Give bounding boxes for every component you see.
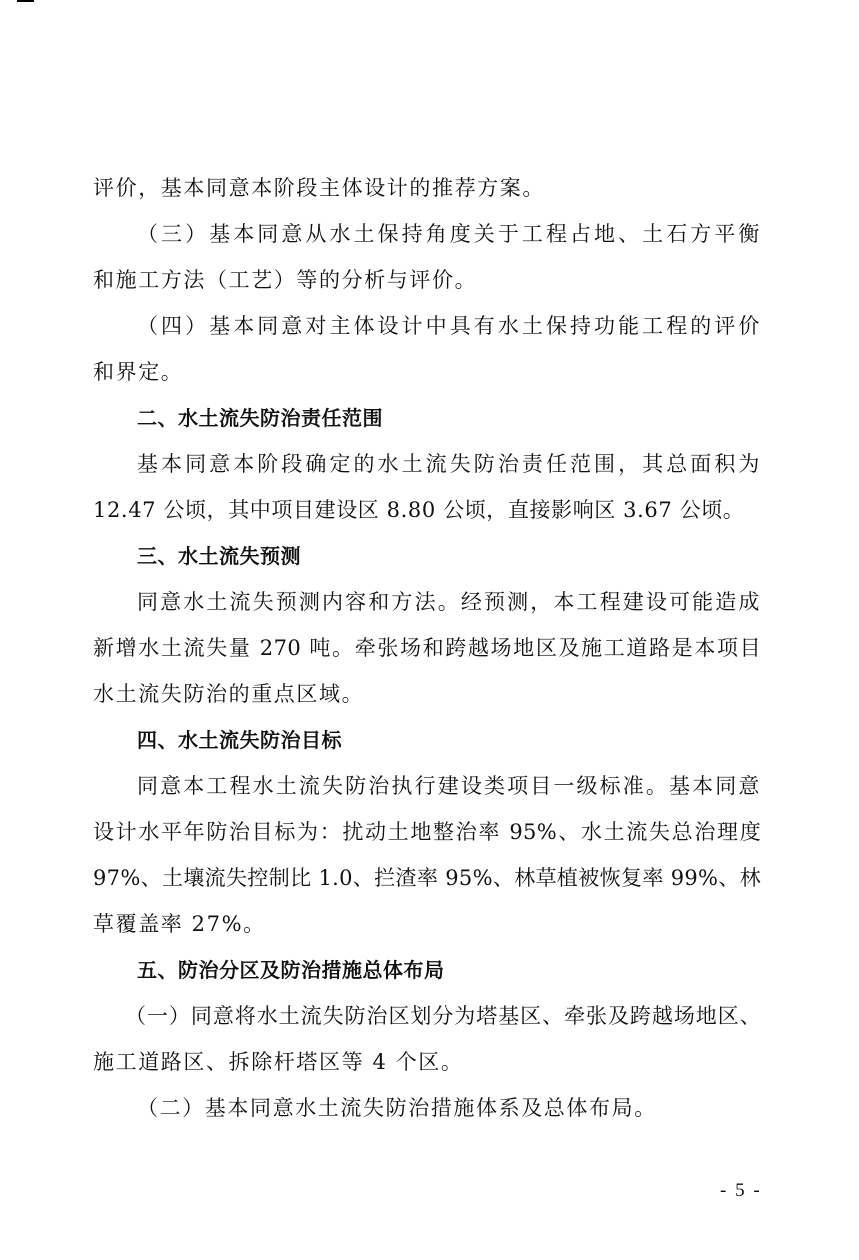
section-heading: 五、防治分区及防治措施总体布局 bbox=[137, 947, 445, 993]
corner-mark bbox=[17, 0, 34, 2]
paragraph-line: 和施工方法（工艺）等的分析与评价。 bbox=[93, 257, 477, 303]
paragraph-line: 基本同意本阶段确定的水土流失防治责任范围，其总面积为 bbox=[137, 441, 761, 487]
paragraph-line: 草覆盖率 27%。 bbox=[93, 901, 266, 947]
paragraph-line: 和界定。 bbox=[93, 349, 183, 395]
paragraph-line: （三）基本同意从水土保持角度关于工程占地、土石方平衡 bbox=[137, 211, 761, 257]
section-heading: 四、水土流失防治目标 bbox=[137, 717, 342, 763]
paragraph-line: 评价，基本同意本阶段主体设计的推荐方案。 bbox=[93, 165, 545, 211]
section-heading: 二、水土流失防治责任范围 bbox=[137, 395, 383, 441]
paragraph-line: 12.47 公顷，其中项目建设区 8.80 公顷，直接影响区 3.67 公顷。 bbox=[93, 487, 744, 533]
paragraph-line: 新增水土流失量 270 吨。牵张场和跨越场地区及施工道路是本项目 bbox=[93, 625, 761, 671]
paragraph-line: 施工道路区、拆除杆塔区等 4 个区。 bbox=[93, 1039, 464, 1085]
paragraph-line: （一）同意将水土流失防治区划分为塔基区、牵张及跨越场地区、 bbox=[125, 993, 761, 1039]
paragraph-line: （四）基本同意对主体设计中具有水土保持功能工程的评价 bbox=[137, 303, 761, 349]
paragraph-line: 设计水平年防治目标为：扰动土地整治率 95%、水土流失总治理度 bbox=[93, 809, 761, 855]
paragraph-line: 同意水土流失预测内容和方法。经预测，本工程建设可能造成 bbox=[137, 579, 761, 625]
page-number: - 5 - bbox=[720, 1180, 762, 1202]
paragraph-line: （二）基本同意水土流失防治措施体系及总体布局。 bbox=[137, 1085, 657, 1131]
paragraph-line: 97%、土壤流失控制比 1.0、拦渣率 95%、林草植被恢复率 99%、林 bbox=[93, 855, 761, 901]
paragraph-line: 水土流失防治的重点区域。 bbox=[93, 671, 364, 717]
paragraph-line: 同意本工程水土流失防治执行建设类项目一级标准。基本同意 bbox=[137, 763, 761, 809]
section-heading: 三、水土流失预测 bbox=[137, 533, 301, 579]
